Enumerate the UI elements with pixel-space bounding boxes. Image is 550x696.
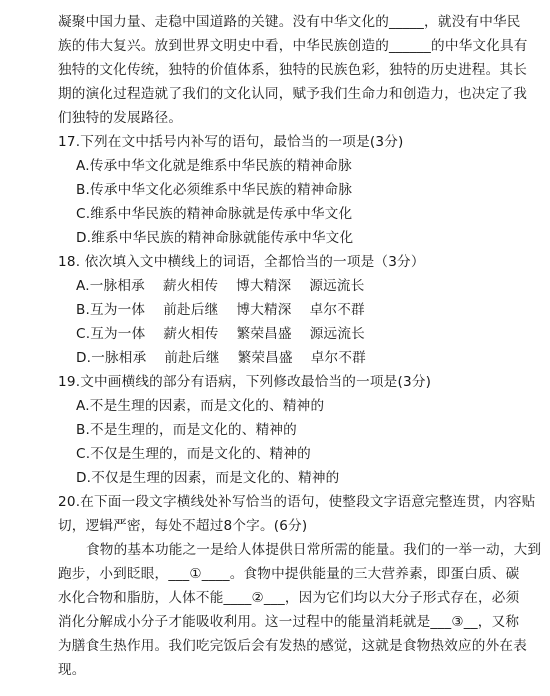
question-text: 文中画横线的部分有语病，下列修改最恰当的一项是(3分) xyxy=(80,374,431,390)
option-b: B.传承中华文化必须维系中华民族的精神命脉 xyxy=(58,178,474,202)
option-word: 卓尔不群 xyxy=(311,350,366,366)
option-word: 源远流长 xyxy=(309,278,364,294)
question-18: 18. 依次填入文中横线上的词语，全都恰当的一项是（3分） A.一脉相承薪火相传… xyxy=(58,250,474,370)
question-19: 19.文中画横线的部分有语病，下列修改最恰当的一项是(3分) A.不是生理的因素… xyxy=(58,370,474,490)
option-word: 薪火相传 xyxy=(163,326,218,342)
option-a: A.不是生理的因素，而是文化的、精神的 xyxy=(58,394,474,418)
question-number: 20. xyxy=(58,494,80,510)
option-c: C.不仅是生理的，而是文化的、精神的 xyxy=(58,442,474,466)
option-word: A.一脉相承 xyxy=(76,278,145,294)
option-d: D.不仅是生理的因素，而是文化的、精神的 xyxy=(58,466,474,490)
reading-passage: 凝聚中国力量、走稳中国道路的关键。没有中华文化的_____，就没有中华民 族的伟… xyxy=(58,10,474,130)
option-c: C.互为一体薪火相传繁荣昌盛源远流长 xyxy=(58,322,474,346)
option-word: B.互为一体 xyxy=(76,302,145,318)
passage-line: 凝聚中国力量、走稳中国道路的关键。没有中华文化的_____，就没有中华民 xyxy=(58,10,474,34)
option-word: 前赴后继 xyxy=(164,350,219,366)
option-b: B.互为一体前赴后继博大精深卓尔不群 xyxy=(58,298,474,322)
passage-line: 们独特的发展路径。 xyxy=(58,106,474,130)
question-stem: 19.文中画横线的部分有语病，下列修改最恰当的一项是(3分) xyxy=(58,370,474,394)
question-stem: 18. 依次填入文中横线上的词语，全都恰当的一项是（3分） xyxy=(58,250,474,274)
question-text: 下列在文中括号内补写的语句，最恰当的一项是(3分) xyxy=(80,134,403,150)
question-17: 17.下列在文中括号内补写的语句，最恰当的一项是(3分) A.传承中华文化就是维… xyxy=(58,130,474,250)
option-b: B.不是生理的，而是文化的、精神的 xyxy=(58,418,474,442)
question-text: 依次填入文中横线上的词语，全都恰当的一项是（3分） xyxy=(80,254,424,270)
option-word: 源远流长 xyxy=(310,326,365,342)
passage-line: 期的演化过程造就了我们的文化认同，赋予我们生命力和创造力，也决定了我 xyxy=(58,82,474,106)
question-text: 在下面一段文字横线处补写恰当的语句，使整段文字语意完整连贯，内容贴 xyxy=(80,494,535,510)
option-c: C.维系中华民族的精神命脉就是传承中华文化 xyxy=(58,202,474,226)
option-d: D.一脉相承前赴后继繁荣昌盛卓尔不群 xyxy=(58,346,474,370)
passage-line: 族的伟大复兴。放到世界文明史中看，中华民族创造的______的中华文化具有 xyxy=(58,34,474,58)
passage-line: 独特的文化传统，独特的价值体系，独特的民族色彩，独特的历史进程。其长 xyxy=(58,58,474,82)
option-word: D.一脉相承 xyxy=(76,350,146,366)
option-word: C.互为一体 xyxy=(76,326,145,342)
option-word: 繁荣昌盛 xyxy=(238,350,293,366)
passage-line: 水化合物和脂肪，人体不能____②___，因为它们均以大分子形式存在，必须 xyxy=(58,586,474,610)
question-stem: 17.下列在文中括号内补写的语句，最恰当的一项是(3分) xyxy=(58,130,474,154)
option-word: 薪火相传 xyxy=(163,278,218,294)
option-word: 前赴后继 xyxy=(163,302,218,318)
passage-line: 食物的基本功能之一是给人体提供日常所需的能量。我们的一举一动，大到 xyxy=(58,538,474,562)
question-number: 18. xyxy=(58,254,80,270)
question-number: 17. xyxy=(58,134,80,150)
option-word: 卓尔不群 xyxy=(310,302,365,318)
passage-line: 跑步，小到眨眼，___①____。食物中提供能量的三大营养素，即蛋白质、碳 xyxy=(58,562,474,586)
option-word: 博大精深 xyxy=(236,302,291,318)
question-20: 20.在下面一段文字横线处补写恰当的语句，使整段文字语意完整连贯，内容贴 切，逻… xyxy=(58,490,474,682)
option-word: 博大精深 xyxy=(236,278,291,294)
passage-line: 现。 xyxy=(58,658,474,682)
passage-line: 为膳食生热作用。我们吃完饭后会有发热的感觉，这就是食物热效应的外在表 xyxy=(58,634,474,658)
passage-line: 消化分解成小分子才能吸收利用。这一过程中的能量消耗就是___③__，又称 xyxy=(58,610,474,634)
question-text: 切，逻辑严密，每处不超过8个字。(6分) xyxy=(58,514,474,538)
option-word: 繁荣昌盛 xyxy=(237,326,292,342)
question-stem: 20.在下面一段文字横线处补写恰当的语句，使整段文字语意完整连贯，内容贴 xyxy=(58,490,474,514)
question-number: 19. xyxy=(58,374,80,390)
option-d: D.维系中华民族的精神命脉就能传承中华文化 xyxy=(58,226,474,250)
exam-page: 凝聚中国力量、走稳中国道路的关键。没有中华文化的_____，就没有中华民 族的伟… xyxy=(58,10,474,682)
option-a: A.一脉相承薪火相传博大精深源远流长 xyxy=(58,274,474,298)
option-a: A.传承中华文化就是维系中华民族的精神命脉 xyxy=(58,154,474,178)
